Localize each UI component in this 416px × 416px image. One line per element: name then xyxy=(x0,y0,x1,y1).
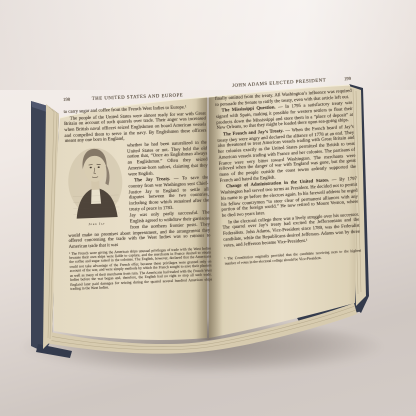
right-page-number: 199 xyxy=(344,76,351,81)
left-page-text: 198 THE UNITED STATES AND EUROPE to carr… xyxy=(63,92,214,337)
right-page-text: JOHN ADAMS ELECTED PRESIDENT 199 finally… xyxy=(214,76,365,328)
paragraph: The French and Jay’s Treaty. — When the … xyxy=(217,125,357,185)
left-body: to carry sugar and coffee from the Frenc… xyxy=(63,105,212,292)
left-footnote: ¹ The French were giving the American sh… xyxy=(69,246,212,291)
paragraph: The people of the United States were alm… xyxy=(64,111,207,145)
right-body: finally omitted from the treaty. All Was… xyxy=(215,89,362,266)
john-jay-portrait: John Jay xyxy=(65,145,126,228)
john-jay-engraving xyxy=(65,145,126,221)
right-footnote: ¹ The Constitution originally provided t… xyxy=(224,249,361,266)
